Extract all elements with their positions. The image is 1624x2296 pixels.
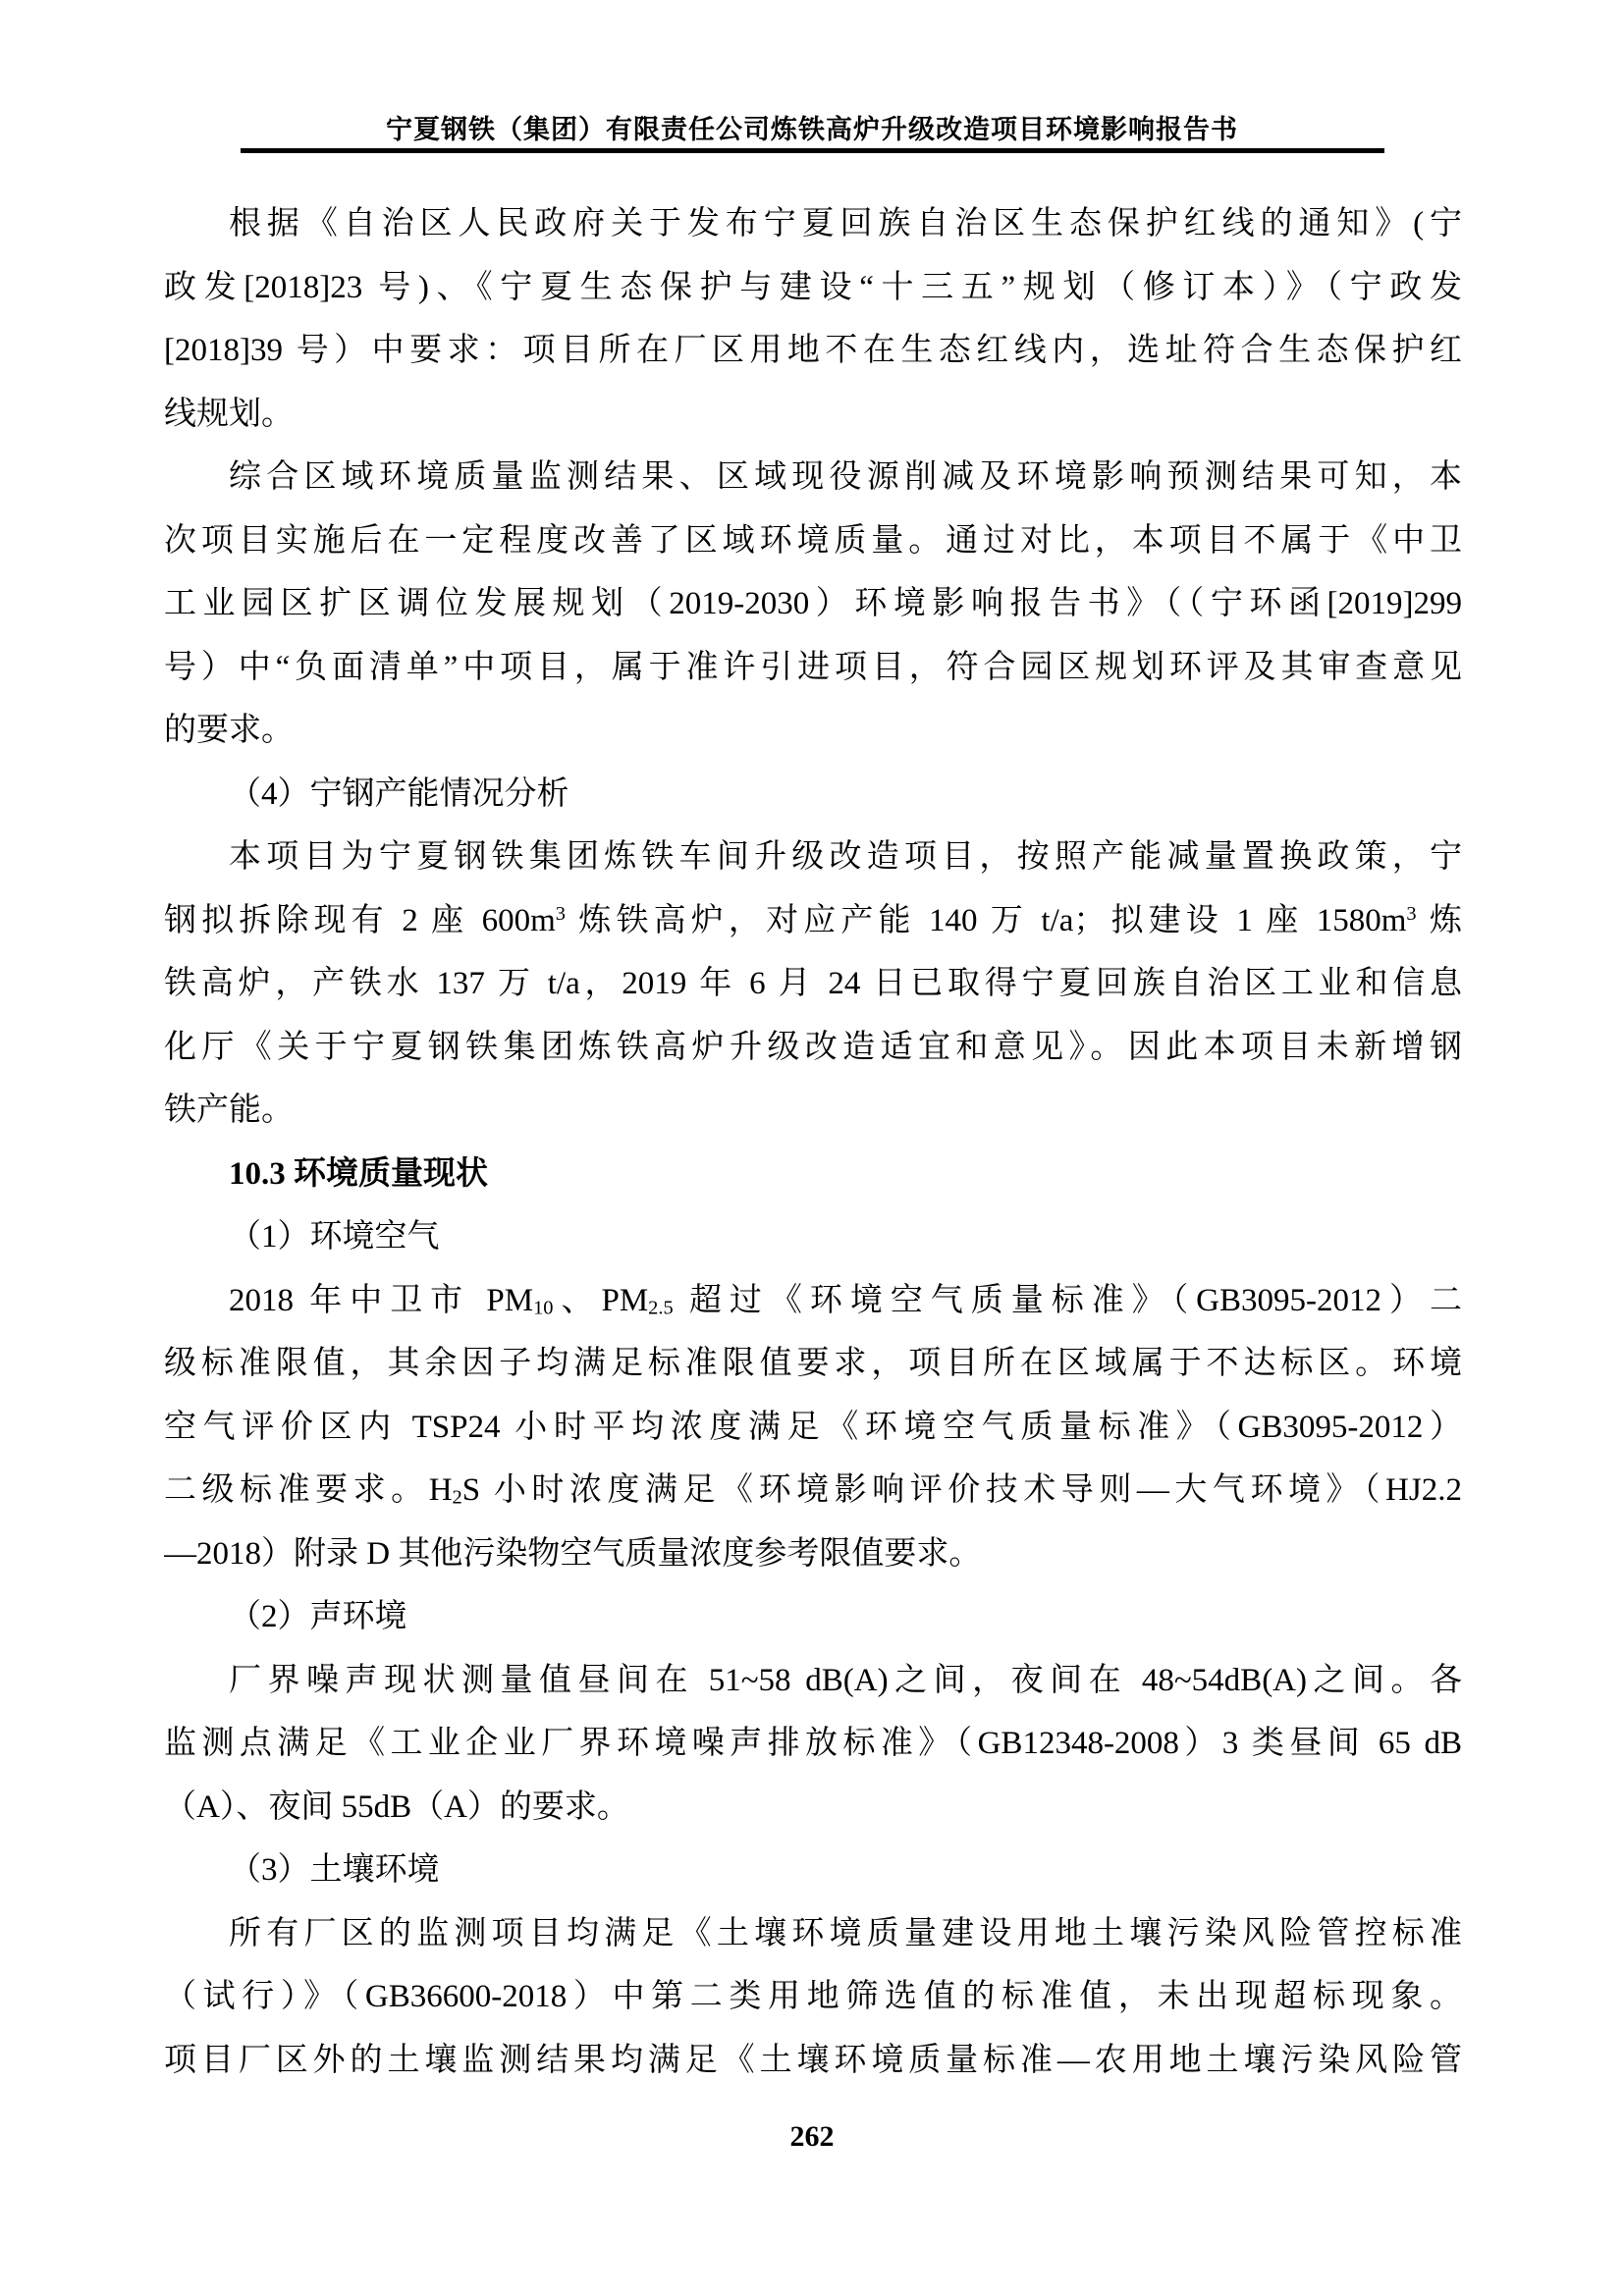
- text-line: —2018）附录 D 其他污染物空气质量浓度参考限值要求。: [164, 1522, 1462, 1586]
- text-segment: 钢拟拆除现有 2 座 600m: [164, 903, 556, 938]
- page-body: 根据《自治区人民政府关于发布宁夏回族自治区生态保护红线的通知》(宁政发[2018…: [164, 192, 1462, 2092]
- text-segment: 厂界噪声现状测量值昼间在 51~58 dB(A)之间，夜间在 48~54dB(A…: [229, 1663, 1462, 1698]
- text-line: 政发[2018]23 号)、《宁夏生态保护与建设“十三五”规划（修订本）》（宁政…: [164, 256, 1462, 320]
- text-line: （试行）》（GB36600-2018）中第二类用地筛选值的标准值，未出现超标现象…: [164, 1965, 1462, 2029]
- sub-text: 2: [453, 1487, 462, 1509]
- text-segment: 工业园区扩区调位发展规划（2019-2030）环境影响报告书》（（宁环函[201…: [164, 586, 1462, 621]
- page-number: 262: [0, 2120, 1624, 2154]
- text-segment: （4）宁钢产能情况分析: [229, 776, 569, 812]
- text-segment: 线规划。: [164, 397, 294, 432]
- text-line: （3）土壤环境: [164, 1839, 1462, 1902]
- text-line: 项目厂区外的土壤监测结果均满足《土壤环境质量标准—农用地土壤污染风险管: [164, 2029, 1462, 2093]
- text-line: 综合区域环境质量监测结果、区域现役源削减及环境影响预测结果可知，本: [164, 446, 1462, 509]
- text-line: 铁产能。: [164, 1079, 1462, 1143]
- sub-text: 2.5: [648, 1297, 674, 1318]
- text-segment: （A）、夜间 55dB（A）的要求。: [164, 1789, 629, 1825]
- header-rule: [241, 148, 1384, 153]
- text-line: （2）声环境: [164, 1585, 1462, 1649]
- text-line: 2018 年中卫市 PM10、PM2.5 超过《环境空气质量标准》（GB3095…: [164, 1269, 1462, 1333]
- text-segment: （3）土壤环境: [229, 1852, 440, 1888]
- text-segment: 级标准限值，其余因子均满足标准限值要求，项目所在区域属于不达标区。环境: [164, 1346, 1462, 1381]
- text-segment: 、PM: [554, 1283, 649, 1318]
- text-segment: S 小时浓度满足《环境影响评价技术导则—大气环境》（HJ2.2: [462, 1472, 1462, 1508]
- text-line: 所有厂区的监测项目均满足《土壤环境质量建设用地土壤污染风险管控标准: [164, 1902, 1462, 1966]
- text-segment: 铁产能。: [164, 1093, 294, 1128]
- report-header-title: 宁夏钢铁（集团）有限责任公司炼铁高炉升级改造项目环境影响报告书: [0, 108, 1624, 146]
- text-line: （4）宁钢产能情况分析: [164, 763, 1462, 827]
- text-segment: 号）中“负面清单”中项目，属于准许引进项目，符合园区规划环评及其审查意见: [164, 650, 1462, 685]
- text-segment: [2018]39 号）中要求：项目所在厂区用地不在生态红线内，选址符合生态保护红: [164, 333, 1462, 368]
- text-segment: （2）声环境: [229, 1599, 407, 1634]
- text-segment: （1）环境空气: [229, 1219, 440, 1255]
- text-line: 级标准限值，其余因子均满足标准限值要求，项目所在区域属于不达标区。环境: [164, 1332, 1462, 1396]
- text-line: （A）、夜间 55dB（A）的要求。: [164, 1776, 1462, 1840]
- text-line: 空气评价区内 TSP24 小时平均浓度满足《环境空气质量标准》（GB3095-2…: [164, 1396, 1462, 1460]
- text-line: （1）环境空气: [164, 1205, 1462, 1269]
- text-segment: 10.3 环境质量现状: [229, 1156, 488, 1192]
- text-segment: 铁高炉，产铁水 137 万 t/a，2019 年 6 月 24 日已取得宁夏回族…: [164, 966, 1462, 1001]
- text-line: [2018]39 号）中要求：项目所在厂区用地不在生态红线内，选址符合生态保护红: [164, 319, 1462, 383]
- sub-text: 10: [533, 1297, 553, 1318]
- text-line: 号）中“负面清单”中项目，属于准许引进项目，符合园区规划环评及其审查意见: [164, 636, 1462, 700]
- text-segment: 所有厂区的监测项目均满足《土壤环境质量建设用地土壤污染风险管控标准: [229, 1916, 1462, 1951]
- text-line: 的要求。: [164, 699, 1462, 763]
- document-page: 宁夏钢铁（集团）有限责任公司炼铁高炉升级改造项目环境影响报告书 根据《自治区人民…: [0, 0, 1624, 2296]
- text-segment: 炼铁高炉，对应产能 140 万 t/a；拟建设 1 座 1580m: [566, 903, 1406, 938]
- text-segment: 空气评价区内 TSP24 小时平均浓度满足《环境空气质量标准》（GB3095-2…: [164, 1410, 1462, 1445]
- text-line: 钢拟拆除现有 2 座 600m3 炼铁高炉，对应产能 140 万 t/a；拟建设…: [164, 889, 1462, 953]
- text-line: 线规划。: [164, 383, 1462, 447]
- text-segment: 政发[2018]23 号)、《宁夏生态保护与建设“十三五”规划（修订本）》（宁政…: [164, 270, 1462, 305]
- text-segment: 综合区域环境质量监测结果、区域现役源削减及环境影响预测结果可知，本: [229, 459, 1462, 495]
- section-heading: 10.3 环境质量现状: [164, 1143, 1462, 1206]
- text-segment: （试行）》（GB36600-2018）中第二类用地筛选值的标准值，未出现超标现象…: [164, 1979, 1462, 2014]
- sup-text: 3: [1406, 902, 1416, 924]
- text-segment: 2018 年中卫市 PM: [229, 1283, 533, 1318]
- text-line: 化厅《关于宁夏钢铁集团炼铁高炉升级改造适宜和意见》。因此本项目未新增钢: [164, 1016, 1462, 1080]
- text-segment: 二级标准要求。H: [164, 1472, 453, 1508]
- text-line: 监测点满足《工业企业厂界环境噪声排放标准》（GB12348-2008）3 类昼间…: [164, 1712, 1462, 1776]
- text-segment: 根据《自治区人民政府关于发布宁夏回族自治区生态保护红线的通知》(宁: [229, 206, 1462, 241]
- text-segment: 项目厂区外的土壤监测结果均满足《土壤环境质量标准—农用地土壤污染风险管: [164, 2043, 1462, 2078]
- text-segment: 化厅《关于宁夏钢铁集团炼铁高炉升级改造适宜和意见》。因此本项目未新增钢: [164, 1030, 1462, 1065]
- text-line: 次项目实施后在一定程度改善了区域环境质量。通过对比，本项目不属于《中卫: [164, 509, 1462, 573]
- text-segment: 本项目为宁夏钢铁集团炼铁车间升级改造项目，按照产能减量置换政策，宁: [229, 839, 1462, 875]
- text-line: 铁高炉，产铁水 137 万 t/a，2019 年 6 月 24 日已取得宁夏回族…: [164, 952, 1462, 1016]
- text-segment: 超过《环境空气质量标准》（GB3095-2012）二: [674, 1283, 1462, 1318]
- text-line: 根据《自治区人民政府关于发布宁夏回族自治区生态保护红线的通知》(宁: [164, 192, 1462, 256]
- text-segment: 炼: [1417, 903, 1462, 938]
- text-line: 二级标准要求。H2S 小时浓度满足《环境影响评价技术导则—大气环境》（HJ2.2: [164, 1459, 1462, 1522]
- text-segment: 次项目实施后在一定程度改善了区域环境质量。通过对比，本项目不属于《中卫: [164, 523, 1462, 559]
- text-line: 本项目为宁夏钢铁集团炼铁车间升级改造项目，按照产能减量置换政策，宁: [164, 826, 1462, 889]
- text-segment: —2018）附录 D 其他污染物空气质量浓度参考限值要求。: [164, 1536, 981, 1572]
- sup-text: 3: [556, 902, 566, 924]
- text-line: 厂界噪声现状测量值昼间在 51~58 dB(A)之间，夜间在 48~54dB(A…: [164, 1649, 1462, 1713]
- text-line: 工业园区扩区调位发展规划（2019-2030）环境影响报告书》（（宁环函[201…: [164, 572, 1462, 636]
- text-segment: 监测点满足《工业企业厂界环境噪声排放标准》（GB12348-2008）3 类昼间…: [164, 1726, 1462, 1761]
- text-segment: 的要求。: [164, 713, 294, 748]
